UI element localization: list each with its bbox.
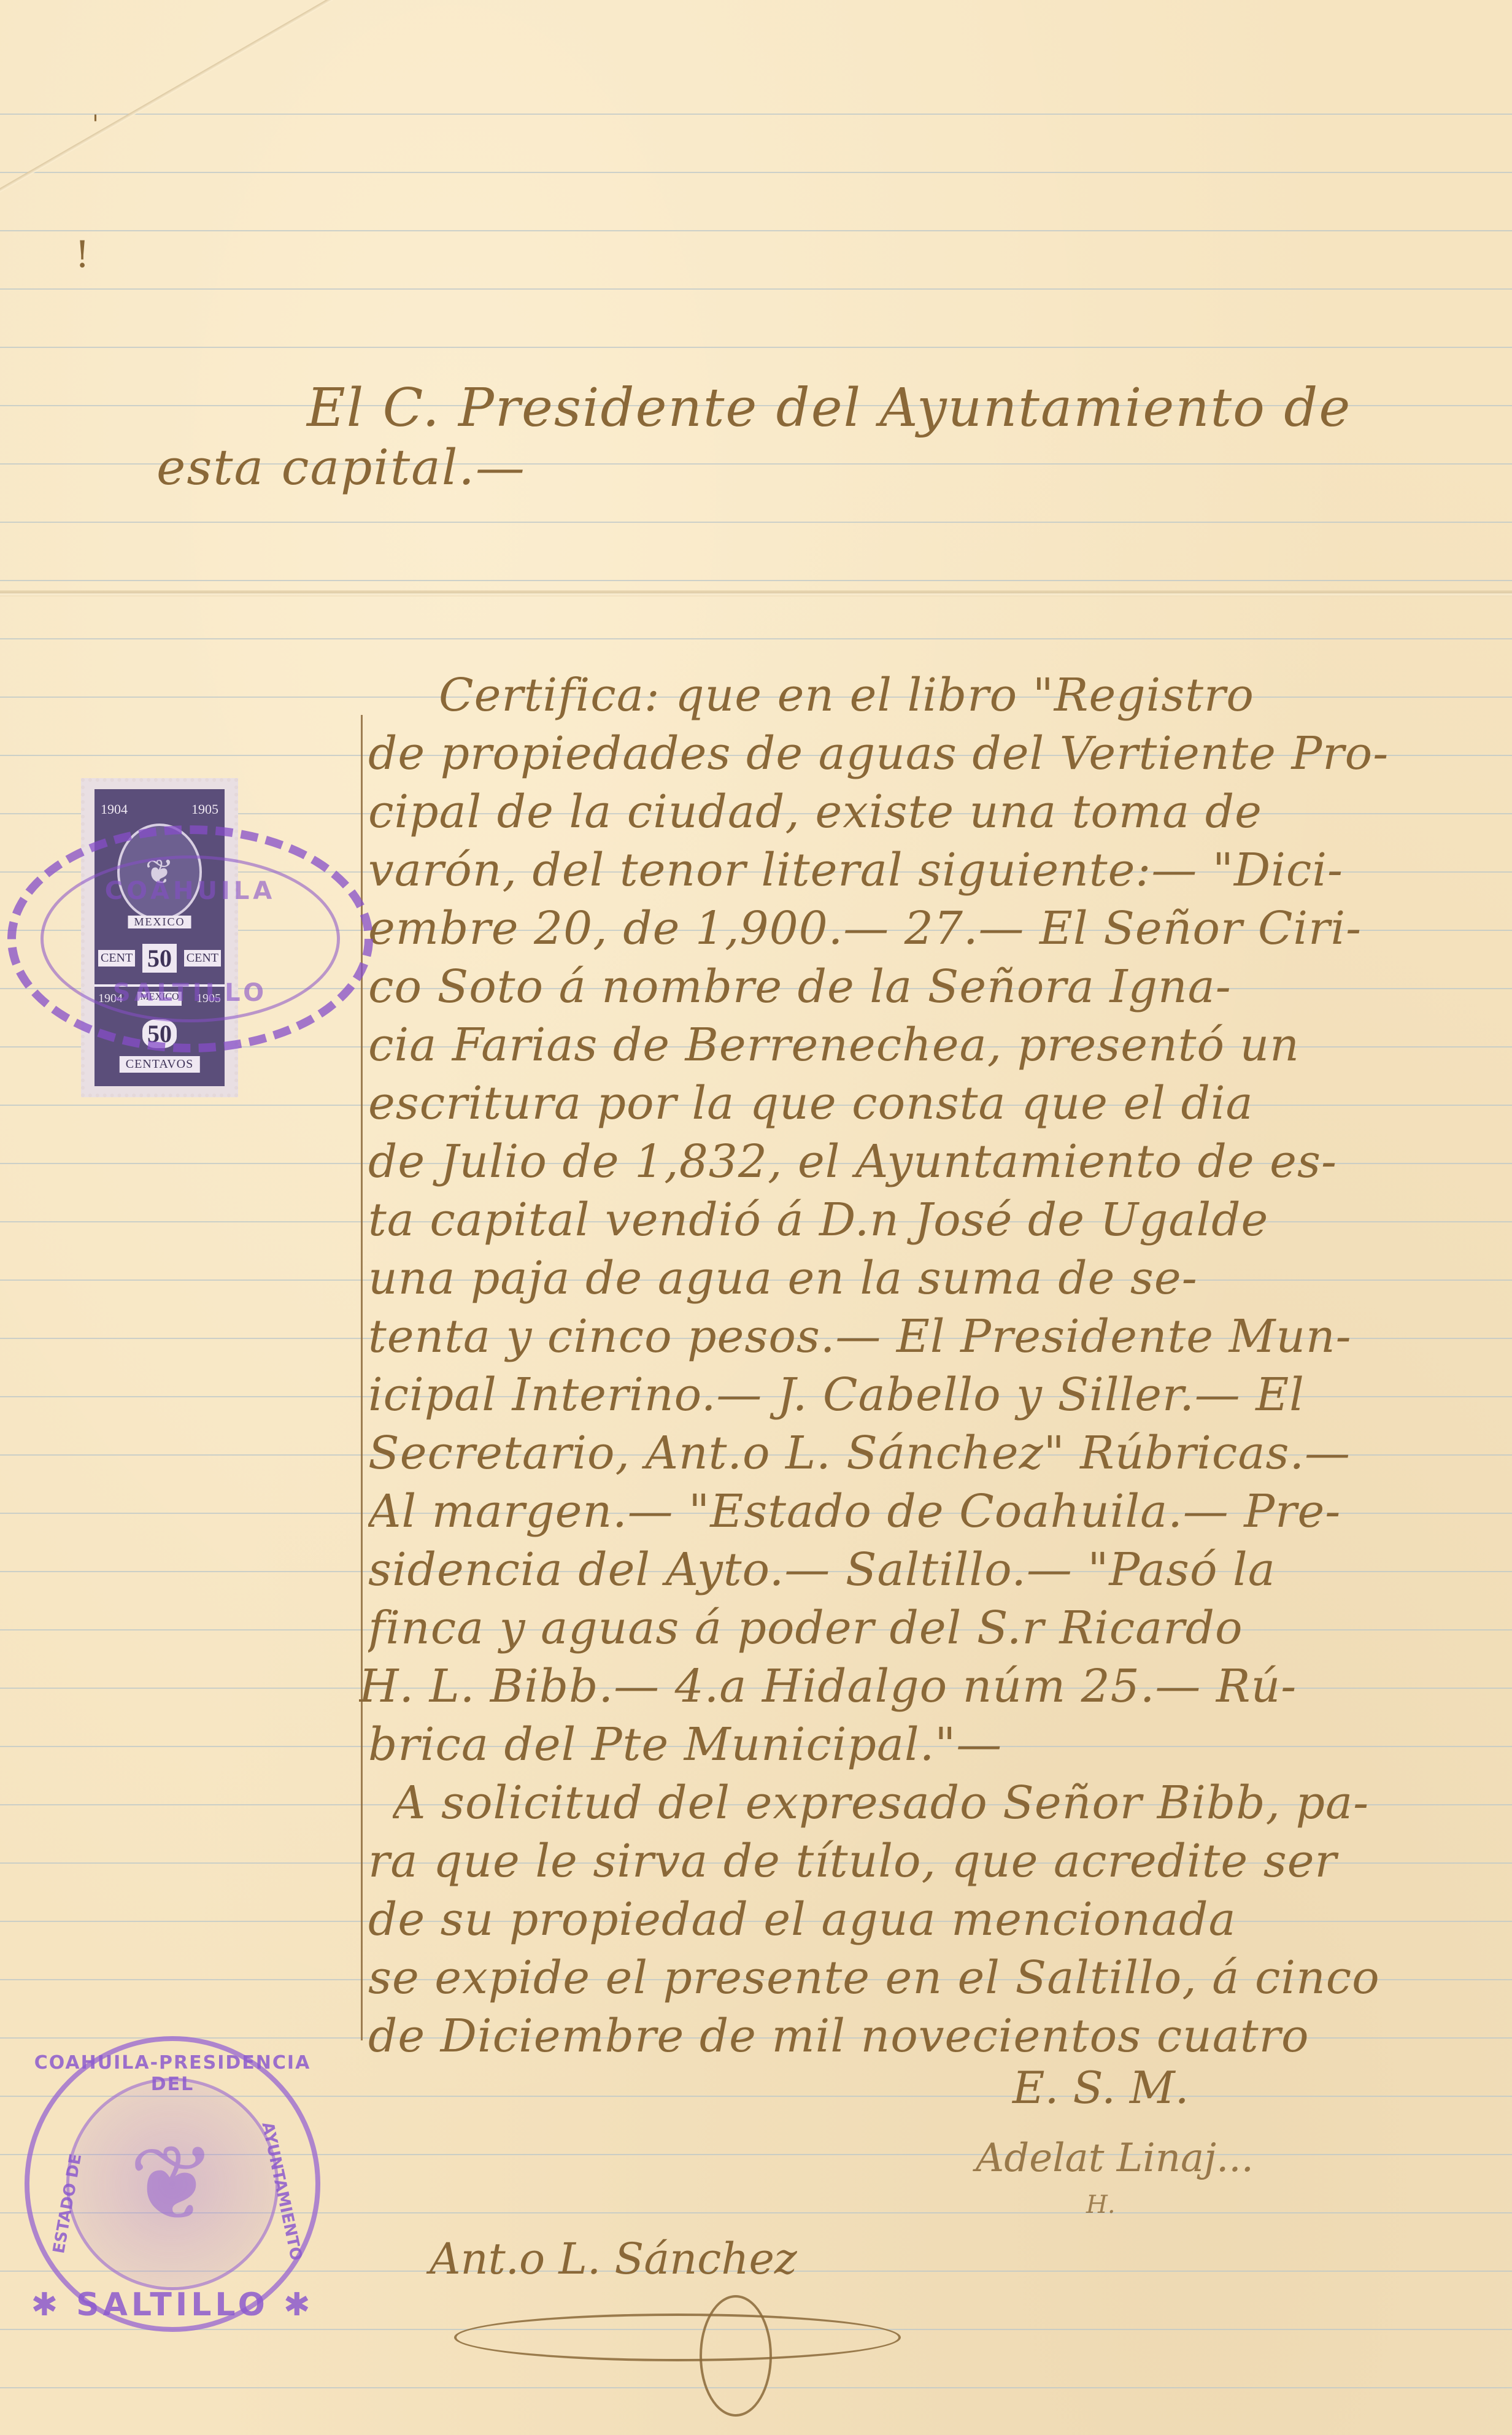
ruled-line bbox=[0, 288, 1512, 290]
stamp-centavos: CENTAVOS bbox=[120, 1056, 200, 1073]
signature-right-mark: H. bbox=[1086, 2191, 1116, 2219]
body-line: de Diciembre de mil novecientos cuatro bbox=[368, 2010, 1510, 2063]
signature-flourish bbox=[700, 2295, 772, 2417]
body-line: brica del Pte Municipal."— bbox=[368, 1718, 1510, 1771]
body-line: Certifica: que en el libro "Registro bbox=[439, 669, 1512, 722]
body-line: tenta y cinco pesos.— El Presidente Mun- bbox=[368, 1310, 1510, 1363]
body-line: ta capital vendió á D.n José de Ugalde bbox=[368, 1194, 1510, 1246]
ruled-line bbox=[0, 172, 1512, 173]
body-line: de su propiedad el agua mencionada bbox=[368, 1893, 1510, 1946]
municipal-seal: ❦ COAHUILA-PRESIDENCIA DEL ESTADO DE AYU… bbox=[25, 2036, 320, 2332]
body-line: se expide el presente en el Saltillo, á … bbox=[368, 1951, 1510, 2004]
signature-left: Ant.o L. Sánchez bbox=[430, 2234, 797, 2284]
body-line: sidencia del Ayto.— Saltillo.— "Pasó la bbox=[368, 1543, 1510, 1596]
body-line: cipal de la ciudad, existe una toma de bbox=[368, 785, 1510, 838]
body-line: cia Farias de Berrenechea, presentó un bbox=[368, 1019, 1510, 1071]
body-line: icipal Interino.— J. Cabello y Siller.— … bbox=[368, 1368, 1510, 1421]
municipal-seal-arc-text: COAHUILA-PRESIDENCIA DEL bbox=[29, 2052, 315, 2095]
body-line: Secretario, Ant.o L. Sánchez" Rúbricas.— bbox=[368, 1427, 1510, 1480]
closing-formula: E. S. M. bbox=[1012, 2062, 1189, 2113]
horizontal-fold-crease bbox=[0, 590, 1512, 596]
body-line: finca y aguas á poder del S.r Ricardo bbox=[368, 1602, 1510, 1654]
body-line: de propiedades de aguas del Vertiente Pr… bbox=[368, 727, 1510, 780]
margin-mark: ! bbox=[75, 233, 90, 276]
heading-line-1: El C. Presidente del Ayuntamiento de bbox=[307, 377, 1351, 439]
ruled-line bbox=[0, 114, 1512, 115]
body-line: co Soto á nombre de la Señora Igna- bbox=[368, 960, 1510, 1013]
ruled-line bbox=[0, 638, 1512, 639]
heading-line-2: esta capital.— bbox=[156, 439, 526, 496]
ruled-line bbox=[0, 522, 1512, 523]
mexican-eagle-icon: ❦ bbox=[129, 2123, 216, 2245]
ruled-line bbox=[0, 580, 1512, 581]
body-line: Al margen.— "Estado de Coahuila.— Pre- bbox=[368, 1485, 1510, 1538]
oval-cancellation-seal: COAHUILA SALTILLO bbox=[7, 825, 373, 1052]
body-line: escritura por la que consta que el dia bbox=[368, 1077, 1510, 1130]
municipal-seal-inner-ring: ❦ bbox=[66, 2078, 279, 2290]
body-line: varón, del tenor literal siguiente:— "Di… bbox=[368, 844, 1510, 897]
body-line: A solicitud del expresado Señor Bibb, pa… bbox=[393, 1777, 1512, 1829]
margin-mark: ' bbox=[92, 110, 99, 139]
body-line: ra que le sirva de título, que acredite … bbox=[368, 1835, 1510, 1888]
municipal-seal-bottom-text: ✱ SALTILLO ✱ bbox=[29, 2286, 315, 2323]
body-line: embre 20, de 1,900.— 27.— El Señor Ciri- bbox=[368, 902, 1510, 955]
body-line: H. L. Bibb.— 4.a Hidalgo núm 25.— Rú- bbox=[359, 1660, 1500, 1713]
signature-right: Adelat Linaj... bbox=[976, 2136, 1254, 2181]
body-line: de Julio de 1,832, el Ayuntamiento de es… bbox=[368, 1135, 1510, 1188]
ruled-line bbox=[0, 230, 1512, 231]
oval-seal-text-bottom: SALTILLO bbox=[16, 979, 364, 1007]
signature-flourish bbox=[454, 2313, 901, 2361]
body-line: una paja de agua en la suma de se- bbox=[368, 1252, 1510, 1305]
oval-seal-text-top: COAHUILA bbox=[16, 877, 364, 905]
stamp-year-right: 1905 bbox=[191, 801, 218, 817]
ruled-line bbox=[0, 347, 1512, 348]
stamp-year-left: 1904 bbox=[101, 801, 128, 817]
